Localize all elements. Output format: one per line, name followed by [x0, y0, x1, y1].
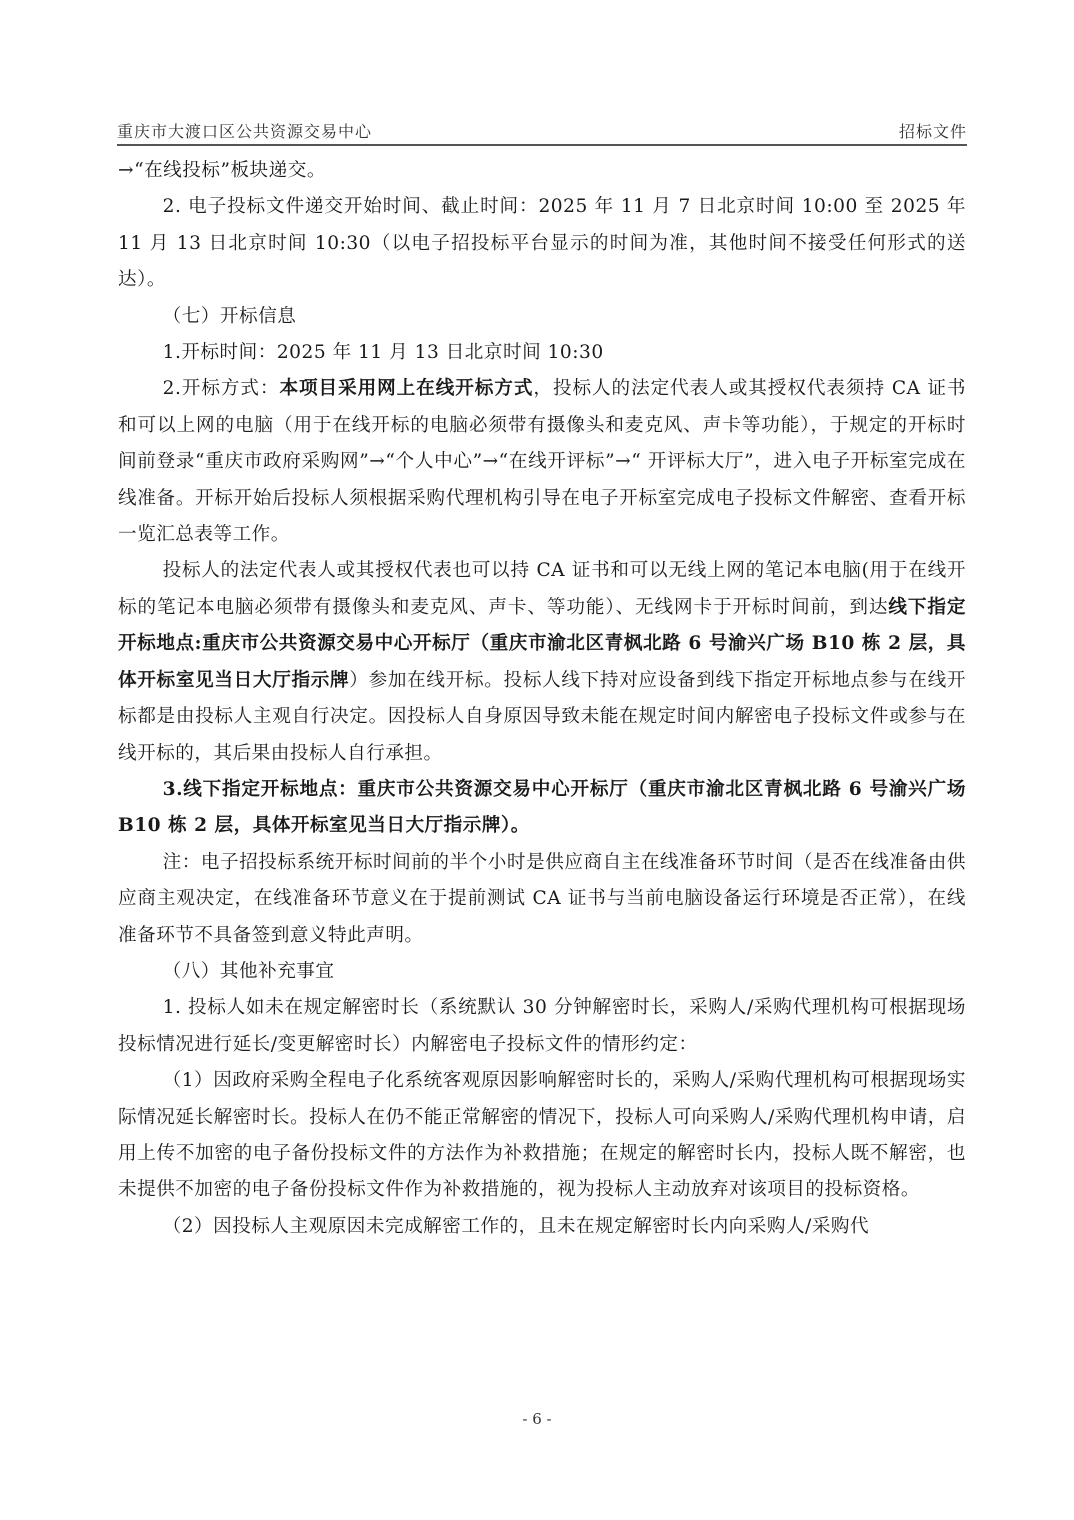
- bold-text-run: 本项目采用网上在线开标方式: [279, 378, 533, 399]
- text-run: 2. 电子投标文件递交开始时间、截止时间：2025 年 11 月 7 日北京时间…: [118, 196, 966, 290]
- paragraph: （1）因政府采购全程电子化系统客观原因影响解密时长的，采购人/采购代理机构可根据…: [118, 1063, 966, 1209]
- page-number: - 6 -: [0, 1410, 1074, 1428]
- text-run: 1.开标时间：2025 年 11 月 13 日北京时间 10:30: [163, 342, 604, 363]
- text-run: 投标人的法定代表人或其授权代表也可以持 CA 证书和可以无线上网的笔记本电脑(用…: [118, 560, 966, 617]
- text-run: 2.开标方式：: [163, 378, 280, 399]
- text-run: （八）其他补充事宜: [163, 961, 335, 982]
- bold-text-run: 3.线下指定开标地点：重庆市公共资源交易中心开标厅（重庆市渝北区青枫北路 6 号…: [118, 779, 966, 836]
- header-organization: 重庆市大渡口区公共资源交易中心: [117, 119, 372, 142]
- header-document-type: 招标文件: [899, 119, 967, 142]
- paragraph: 3.线下指定开标地点：重庆市公共资源交易中心开标厅（重庆市渝北区青枫北路 6 号…: [118, 772, 966, 845]
- paragraph: 2.开标方式：本项目采用网上在线开标方式，投标人的法定代表人或其授权代表须持 C…: [118, 371, 966, 553]
- paragraph: （2）因投标人主观原因未完成解密工作的，且未在规定解密时长内向采购人/采购代: [118, 1209, 966, 1245]
- text-run: 1. 投标人如未在规定解密时长（系统默认 30 分钟解密时长，采购人/采购代理机…: [118, 997, 966, 1054]
- paragraph: （七）开标信息: [118, 299, 966, 335]
- document-body: →“在线投标”板块递交。2. 电子投标文件递交开始时间、截止时间：2025 年 …: [118, 153, 966, 1245]
- paragraph: 1. 投标人如未在规定解密时长（系统默认 30 分钟解密时长，采购人/采购代理机…: [118, 990, 966, 1063]
- header-divider: [117, 144, 967, 146]
- text-run: →“在线投标”板块递交。: [118, 160, 326, 181]
- paragraph: （八）其他补充事宜: [118, 954, 966, 990]
- page-header: 重庆市大渡口区公共资源交易中心 招标文件: [117, 116, 967, 142]
- paragraph: 2. 电子投标文件递交开始时间、截止时间：2025 年 11 月 7 日北京时间…: [118, 189, 966, 298]
- paragraph: 投标人的法定代表人或其授权代表也可以持 CA 证书和可以无线上网的笔记本电脑(用…: [118, 553, 966, 771]
- text-run: （1）因政府采购全程电子化系统客观原因影响解密时长的，采购人/采购代理机构可根据…: [118, 1070, 966, 1200]
- text-run: 注：电子招投标系统开标时间前的半个小时是供应商自主在线准备环节时间（是否在线准备…: [118, 852, 966, 946]
- text-run: （七）开标信息: [163, 306, 297, 327]
- paragraph: →“在线投标”板块递交。: [118, 153, 966, 189]
- paragraph: 注：电子招投标系统开标时间前的半个小时是供应商自主在线准备环节时间（是否在线准备…: [118, 845, 966, 954]
- text-run: （2）因投标人主观原因未完成解密工作的，且未在规定解密时长内向采购人/采购代: [163, 1216, 869, 1237]
- text-run: ，投标人的法定代表人或其授权代表须持 CA 证书和可以上网的电脑（用于在线开标的…: [118, 378, 966, 545]
- paragraph: 1.开标时间：2025 年 11 月 13 日北京时间 10:30: [118, 335, 966, 371]
